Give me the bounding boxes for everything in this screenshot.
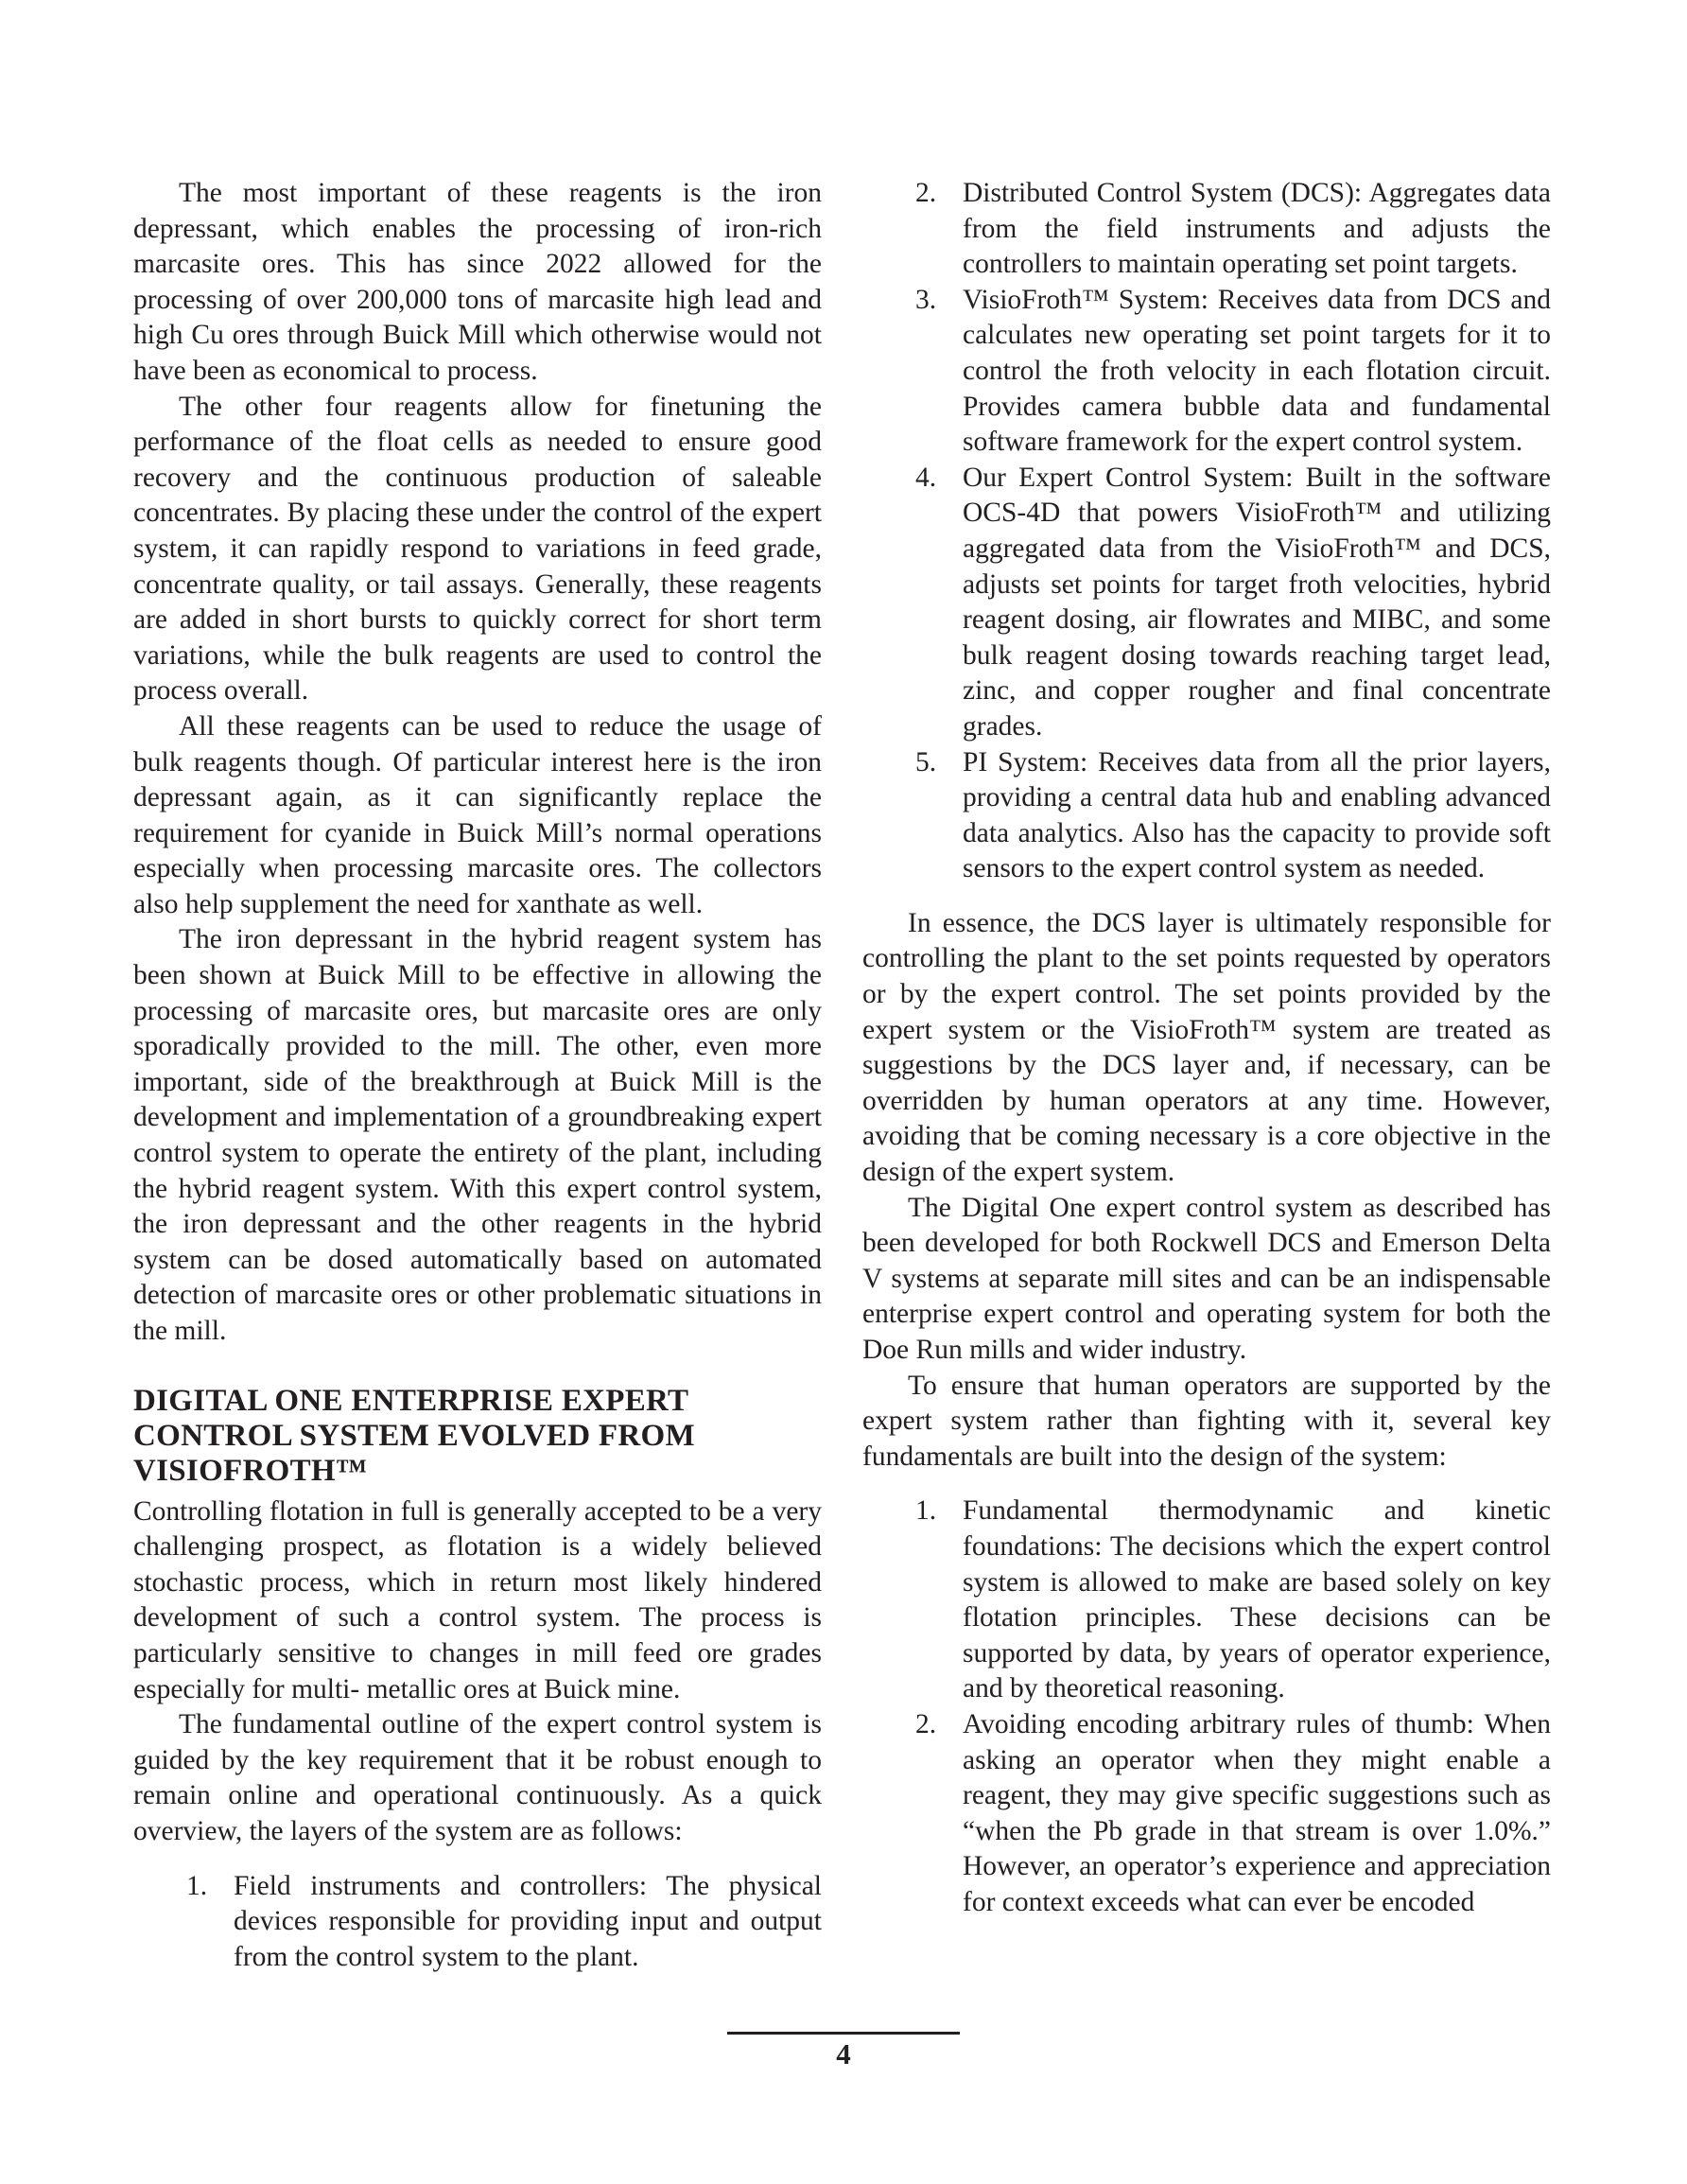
system-layers-list-continued: 2. Distributed Control System (DCS): Agg… [862, 176, 1551, 887]
list-text: Field instruments and controllers: The p… [234, 1871, 822, 1972]
paragraph: The other four reagents allow for finetu… [133, 390, 822, 709]
system-layers-list: 1. Field instruments and controllers: Th… [133, 1869, 822, 1976]
paragraph: To ensure that human operators are suppo… [862, 1369, 1551, 1476]
list-number: 4. [915, 461, 936, 497]
list-item: 5. PI System: Receives data from all the… [862, 745, 1551, 887]
list-number: 1. [186, 1869, 207, 1905]
list-text: VisioFroth™ System: Receives data from D… [963, 285, 1551, 457]
list-number: 2. [915, 1707, 936, 1743]
paragraph: The iron depressant in the hybrid reagen… [133, 922, 822, 1349]
paragraph: Controlling flotation in full is general… [133, 1494, 822, 1708]
right-column: 2. Distributed Control System (DCS): Agg… [862, 176, 1551, 1921]
list-number: 1. [915, 1494, 936, 1529]
list-text: Fundamental thermodynamic and kinetic fo… [963, 1495, 1551, 1704]
list-text: Our Expert Control System: Built in the … [963, 463, 1551, 742]
paragraph: The most important of these reagents is … [133, 176, 822, 390]
list-item: 4. Our Expert Control System: Built in t… [862, 461, 1551, 745]
list-text: Distributed Control System (DCS): Aggreg… [963, 178, 1551, 279]
paragraph: The Digital One expert control system as… [862, 1191, 1551, 1369]
footer-divider [727, 2032, 960, 2035]
design-fundamentals-list: 1. Fundamental thermodynamic and kinetic… [862, 1494, 1551, 1920]
list-number: 2. [915, 176, 936, 212]
list-item: 1. Fundamental thermodynamic and kinetic… [862, 1494, 1551, 1707]
list-item: 2. Distributed Control System (DCS): Agg… [862, 176, 1551, 283]
list-item: 2. Avoiding encoding arbitrary rules of … [862, 1707, 1551, 1921]
list-number: 3. [915, 283, 936, 319]
left-column: The most important of these reagents is … [133, 176, 822, 1975]
list-text: Avoiding encoding arbitrary rules of thu… [963, 1709, 1551, 1917]
paragraph: In essence, the DCS layer is ultimately … [862, 906, 1551, 1191]
section-heading: DIGITAL ONE ENTERPRISE EXPERT CONTROL SY… [133, 1384, 822, 1489]
page-number: 4 [727, 2035, 960, 2073]
paragraph: The fundamental outline of the expert co… [133, 1707, 822, 1849]
list-item: 1. Field instruments and controllers: Th… [133, 1869, 822, 1976]
document-page: The most important of these reagents is … [0, 0, 1687, 2184]
list-number: 5. [915, 745, 936, 781]
list-item: 3. VisioFroth™ System: Receives data fro… [862, 283, 1551, 461]
list-text: PI System: Receives data from all the pr… [963, 747, 1551, 884]
paragraph: All these reagents can be used to reduce… [133, 709, 822, 923]
